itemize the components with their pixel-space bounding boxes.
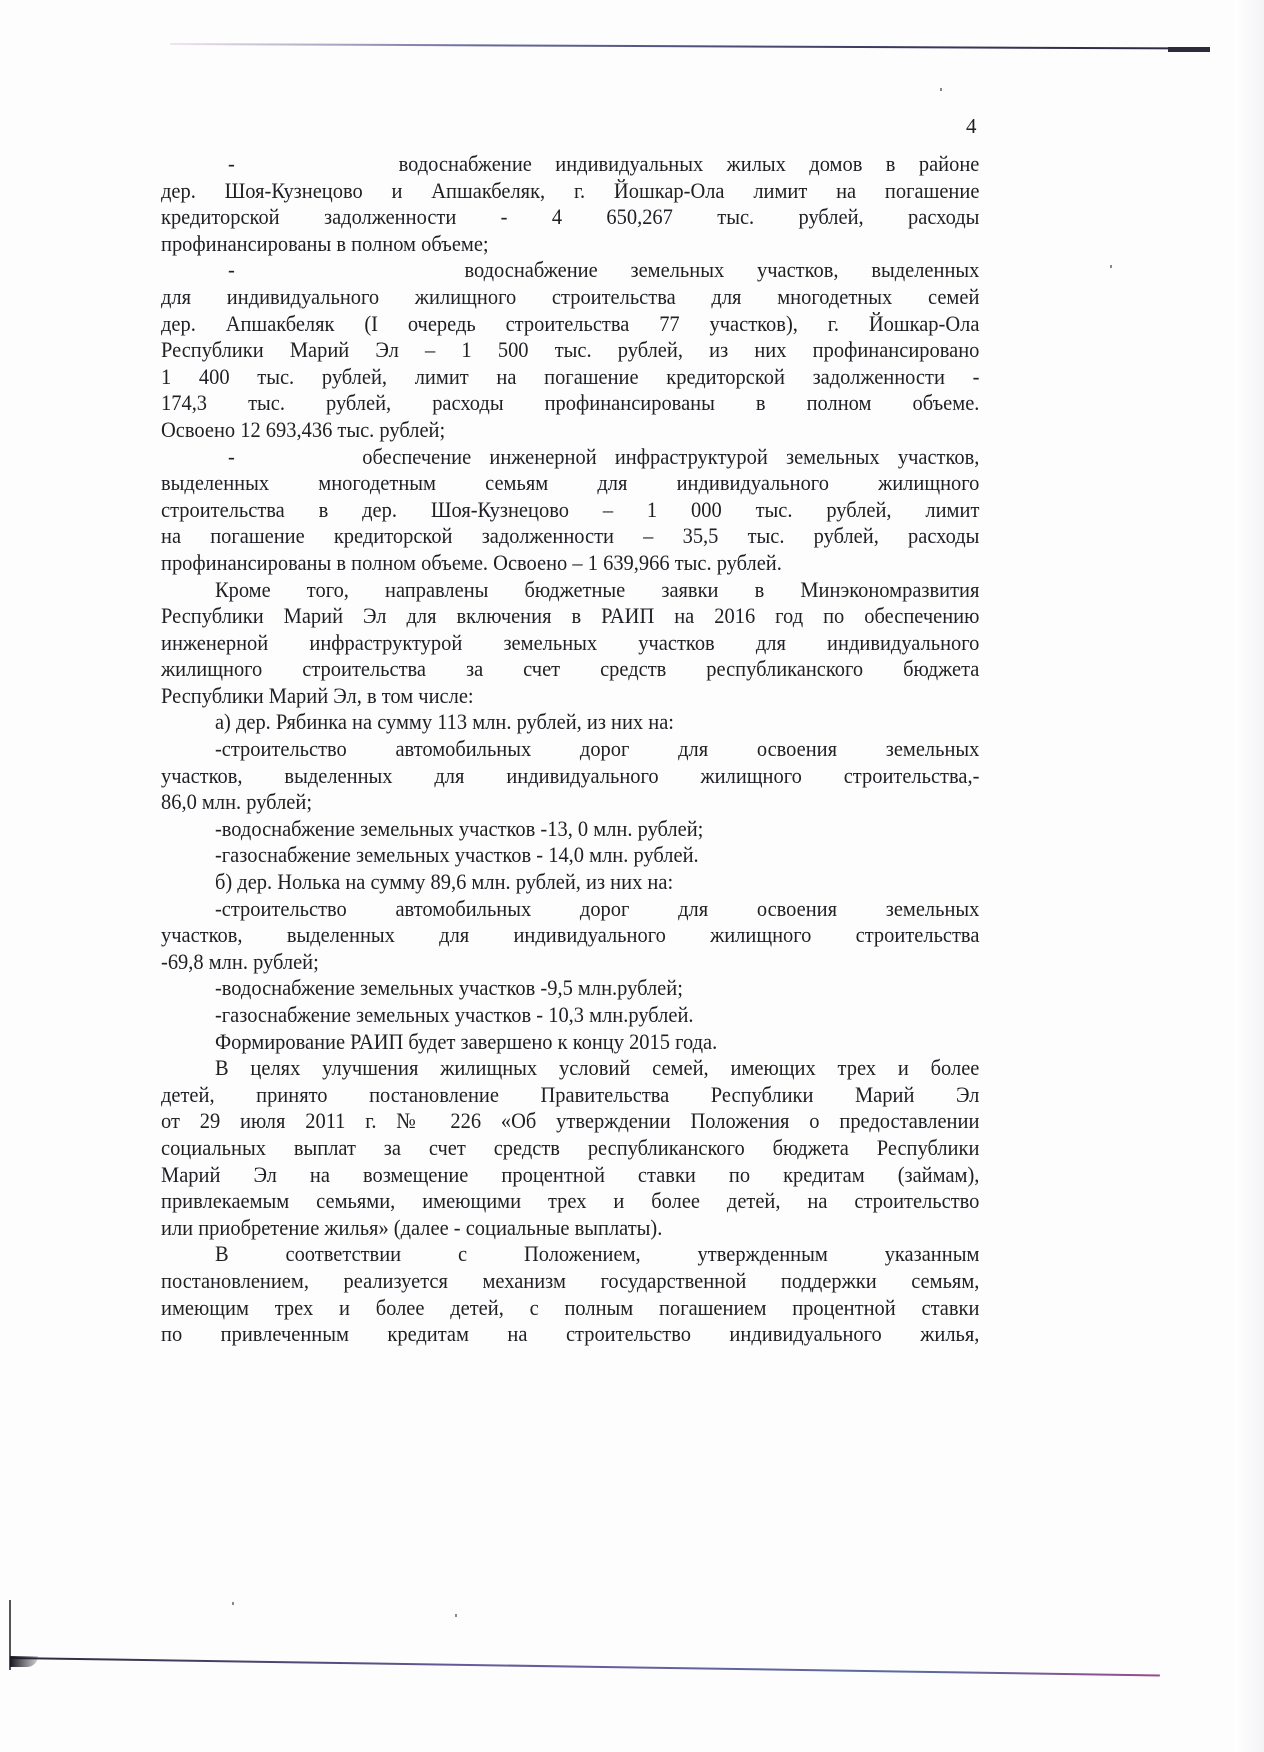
- text-line: жилищного строительства за счет средств …: [161, 656, 979, 683]
- text-line: -строительство автомобильных дорог для о…: [161, 736, 979, 763]
- text-line: инженерной инфраструктурой земельных уча…: [161, 630, 979, 657]
- text-line: - водоснабжение земельных участков, выде…: [161, 257, 979, 284]
- text-line: детей, принято постановление Правительст…: [161, 1082, 979, 1109]
- text-line: для индивидуального жилищного строительс…: [161, 284, 979, 311]
- scanned-document-page: 4 - водоснабжение индивидуальных жилых д…: [0, 0, 1264, 1752]
- text-line: Республики Марий Эл для включения в РАИП…: [161, 603, 979, 630]
- text-line: -строительство автомобильных дорог для о…: [161, 896, 979, 923]
- text-line: В целях улучшения жилищных условий семей…: [161, 1055, 979, 1082]
- nolka-gas-supply: -газоснабжение земельных участков - 10,3…: [161, 1002, 979, 1029]
- text-line: постановлением, реализуется механизм гос…: [161, 1268, 979, 1295]
- scan-edge-shadow: [1234, 0, 1264, 1752]
- text-line: имеющим трех и более детей, с полным пог…: [161, 1295, 979, 1322]
- paragraph-nolka-roads: -строительство автомобильных дорог для о…: [161, 896, 979, 976]
- paragraph-engineering-infrastructure: - обеспечение инженерной инфраструктурой…: [161, 444, 979, 577]
- item-b-nolka: б) дер. Нолька на сумму 89,6 млн. рублей…: [161, 869, 979, 896]
- paragraph-support-mechanism: В соответствии с Положением, утвержденны…: [161, 1241, 979, 1347]
- text-line: по привлеченным кредитам на строительств…: [161, 1321, 979, 1348]
- text-line: Республики Марий Эл – 1 500 тыс. рублей,…: [161, 337, 979, 364]
- scan-bottom-border-mark: [10, 1656, 38, 1667]
- raip-completion-note: Формирование РАИП будет завершено к конц…: [161, 1029, 979, 1056]
- scan-speck: [940, 88, 942, 91]
- text-line: привлекаемым семьями, имеющими трех и бо…: [161, 1188, 979, 1215]
- paragraph-water-supply-plots: - водоснабжение земельных участков, выде…: [161, 257, 979, 443]
- text-line: выделенных многодетным семьям для индиви…: [161, 470, 979, 497]
- paragraph-resolution-226: В целях улучшения жилищных условий семей…: [161, 1055, 979, 1241]
- text-line: 174,3 тыс. рублей, расходы профинансиров…: [161, 390, 979, 417]
- text-line: 86,0 млн. рублей;: [161, 789, 979, 816]
- scan-top-border-mark: [1168, 47, 1210, 52]
- page-number: 4: [966, 114, 977, 138]
- scan-speck: [1110, 265, 1112, 268]
- paragraph-ryabinka-roads: -строительство автомобильных дорог для о…: [161, 736, 979, 816]
- text-line: 1 400 тыс. рублей, лимит на погашение кр…: [161, 364, 979, 391]
- text-line: Марий Эл на возмещение процентной ставки…: [161, 1162, 979, 1189]
- ryabinka-water-supply: -водоснабжение земельных участков -13, 0…: [161, 816, 979, 843]
- text-line: - водоснабжение индивидуальных жилых дом…: [161, 151, 979, 178]
- scan-bottom-border-line: [10, 1657, 1160, 1676]
- text-line: участков, выделенных для индивидуального…: [161, 922, 979, 949]
- text-line: В соответствии с Положением, утвержденны…: [161, 1241, 979, 1268]
- text-line: профинансированы в полном объеме;: [161, 231, 979, 258]
- text-line: -69,8 млн. рублей;: [161, 949, 979, 976]
- text-line: - обеспечение инженерной инфраструктурой…: [161, 444, 979, 471]
- scan-top-border-line: [170, 43, 1210, 50]
- text-line: дер. Шоя-Кузнецово и Апшакбеляк, г. Йошк…: [161, 178, 979, 205]
- text-line: Республики Марий Эл, в том числе:: [161, 683, 979, 710]
- text-line: строительства в дер. Шоя-Кузнецово – 1 0…: [161, 497, 979, 524]
- text-line: Кроме того, направлены бюджетные заявки …: [161, 577, 979, 604]
- paragraph-budget-requests: Кроме того, направлены бюджетные заявки …: [161, 577, 979, 710]
- text-line: или приобретение жилья» (далее - социаль…: [161, 1215, 979, 1242]
- text-line: профинансированы в полном объеме. Освоен…: [161, 550, 979, 577]
- text-line: кредиторской задолженности - 4 650,267 т…: [161, 204, 979, 231]
- paragraph-water-supply-houses: - водоснабжение индивидуальных жилых дом…: [161, 151, 979, 257]
- text-line: участков, выделенных для индивидуального…: [161, 763, 979, 790]
- scan-speck: [232, 1602, 234, 1605]
- text-line: на погашение кредиторской задолженности …: [161, 523, 979, 550]
- text-line: Освоено 12 693,436 тыс. рублей;: [161, 417, 979, 444]
- document-body: - водоснабжение индивидуальных жилых дом…: [161, 151, 979, 1348]
- text-line: от 29 июля 2011 г. № 226 «Об утверждении…: [161, 1108, 979, 1135]
- scan-speck: [455, 1614, 457, 1617]
- nolka-water-supply: -водоснабжение земельных участков -9,5 м…: [161, 975, 979, 1002]
- text-line: социальных выплат за счет средств респуб…: [161, 1135, 979, 1162]
- item-a-ryabinka: а) дер. Рябинка на сумму 113 млн. рублей…: [161, 709, 979, 736]
- text-line: дер. Апшакбеляк (I очередь строительства…: [161, 311, 979, 338]
- ryabinka-gas-supply: -газоснабжение земельных участков - 14,0…: [161, 842, 979, 869]
